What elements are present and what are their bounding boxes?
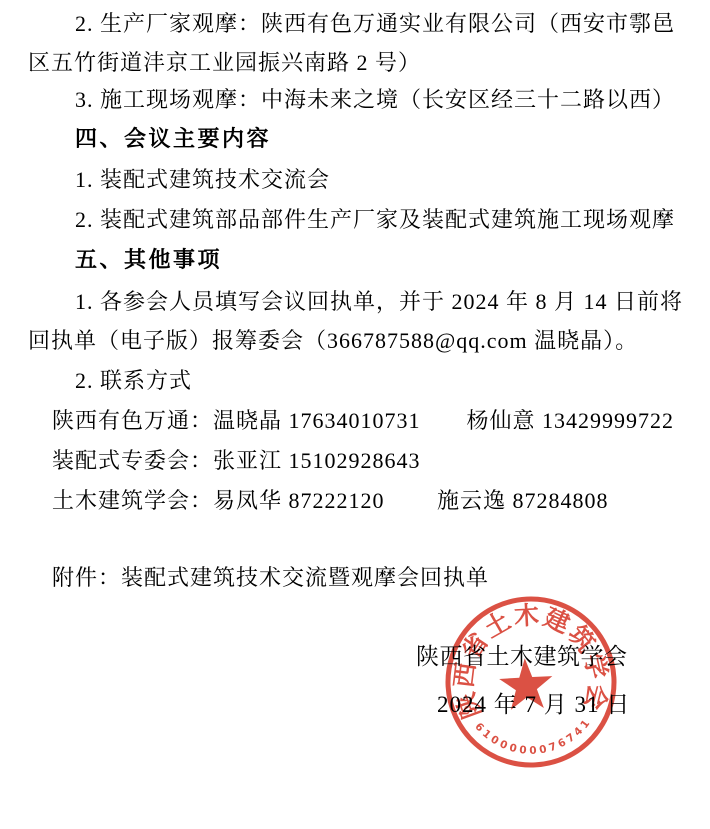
contact-line: 陕西有色万通：温晓晶 17634010731 杨仙意 13429999722 bbox=[52, 408, 674, 434]
document-line: 2. 联系方式 bbox=[75, 368, 192, 394]
official-seal: 陕西省土木建筑学会 6100000076741 bbox=[441, 592, 621, 772]
attachment-line: 附件：装配式建筑技术交流暨观摩会回执单 bbox=[52, 565, 489, 591]
document-line: 3. 施工现场观摩：中海未来之境（长安区经三十二路以西） bbox=[75, 87, 675, 113]
contact-line: 土木建筑学会：易凤华 87222120 施云逸 87284808 bbox=[52, 488, 609, 514]
section-heading-other-matters: 五、其他事项 bbox=[75, 247, 222, 273]
contact-line: 装配式专委会：张亚江 15102928643 bbox=[52, 448, 421, 474]
star-icon bbox=[498, 657, 554, 710]
seal-organization-text: 陕西省土木建筑学会 bbox=[445, 598, 614, 723]
document-line: 1. 各参会人员填写会议回执单，并于 2024 年 8 月 14 日前将 bbox=[75, 289, 683, 315]
document-page: 2. 生产厂家观摩：陕西有色万通实业有限公司（西安市鄠邑 区五竹街道沣京工业园振… bbox=[0, 0, 710, 829]
document-line: 2. 生产厂家观摩：陕西有色万通实业有限公司（西安市鄠邑 bbox=[75, 11, 675, 37]
document-line: 1. 装配式建筑技术交流会 bbox=[75, 167, 330, 193]
document-line: 2. 装配式建筑部品部件生产厂家及装配式建筑施工现场观摩 bbox=[75, 207, 675, 233]
section-heading-meeting-content: 四、会议主要内容 bbox=[75, 126, 271, 152]
document-line: 回执单（电子版）报筹委会（366787588@qq.com 温晓晶）。 bbox=[28, 328, 638, 354]
document-line: 区五竹街道沣京工业园振兴南路 2 号） bbox=[28, 50, 421, 76]
